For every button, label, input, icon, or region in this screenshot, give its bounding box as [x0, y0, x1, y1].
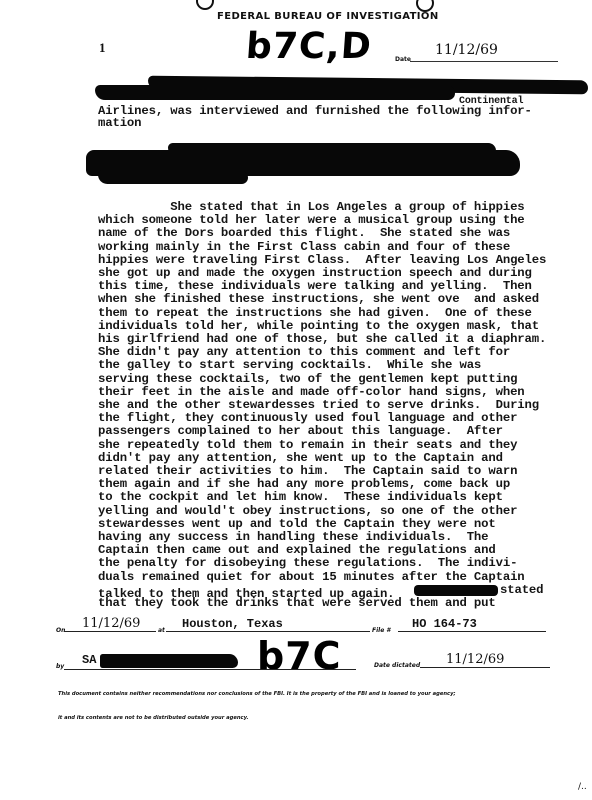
- handwritten-exemption-code: b7C: [257, 634, 342, 678]
- disclaimer: This document contains neither recommend…: [58, 674, 456, 730]
- body-line: working mainly in the First Class cabin …: [98, 241, 546, 254]
- body-line: to the cockpit and let him know. These i…: [98, 491, 546, 504]
- body-line: serving these cocktails, two of the gent…: [98, 373, 546, 386]
- body-line: the penalty for disobeying these regulat…: [98, 557, 546, 570]
- agency-header: FEDERAL BUREAU OF INVESTIGATION: [217, 11, 439, 22]
- by-label: by: [56, 663, 64, 670]
- intro-line-1: Airlines, was interviewed and furnished …: [98, 105, 532, 118]
- at-label: at: [158, 627, 165, 634]
- intro-line-2: mation: [98, 117, 141, 130]
- page-number: 1: [99, 40, 106, 56]
- corner-mark: /..: [578, 782, 587, 792]
- file-number-label: File #: [372, 627, 391, 634]
- interview-body: She stated that in Los Angeles a group o…: [98, 201, 546, 610]
- body-line: when she finished these instructions, sh…: [98, 293, 546, 306]
- redaction-bar: [100, 654, 238, 668]
- date-dictated-label: Date dictated: [374, 662, 420, 669]
- disclaimer-line: This document contains neither recommend…: [58, 690, 456, 698]
- body-line: talked to them and then started up again…: [98, 587, 394, 601]
- body-line: name of the Dors boarded this flight. Sh…: [98, 227, 546, 240]
- file-number: HO 164-73: [412, 617, 477, 631]
- location-underline: [166, 631, 370, 632]
- handwritten-exemption-code: b7C,D: [245, 26, 374, 67]
- body-line: yelling and would't obey instructions, s…: [98, 505, 546, 518]
- agent-prefix: SA: [82, 653, 96, 667]
- file-number-underline: [398, 631, 546, 632]
- redaction-bar: [95, 85, 455, 100]
- interview-date-underline: [64, 631, 156, 632]
- interview-date: 11/12/69: [82, 616, 140, 631]
- body-line: passengers complained to her about this …: [98, 425, 546, 438]
- redaction-bar: [414, 585, 498, 596]
- body-line: duals remained quiet for about 15 minute…: [98, 571, 546, 584]
- body-line: she repeatedly told them to remain in th…: [98, 439, 546, 452]
- body-line: them to repeat the instructions she had …: [98, 307, 546, 320]
- body-line-fragment: stated: [500, 584, 543, 597]
- body-line: the galley to start serving cocktails. W…: [98, 359, 546, 372]
- document-date: 11/12/69: [435, 42, 498, 58]
- binder-hole-left-icon: [196, 0, 214, 10]
- interview-location: Houston, Texas: [182, 617, 283, 631]
- redaction-bar: [98, 170, 248, 184]
- date-label: Date: [395, 56, 411, 63]
- agent-underline: [64, 669, 356, 670]
- disclaimer-line: it and its contents are not to be distri…: [58, 714, 456, 722]
- date-underline: [410, 61, 558, 62]
- date-dictated: 11/12/69: [446, 652, 504, 667]
- date-dictated-underline: [420, 667, 550, 668]
